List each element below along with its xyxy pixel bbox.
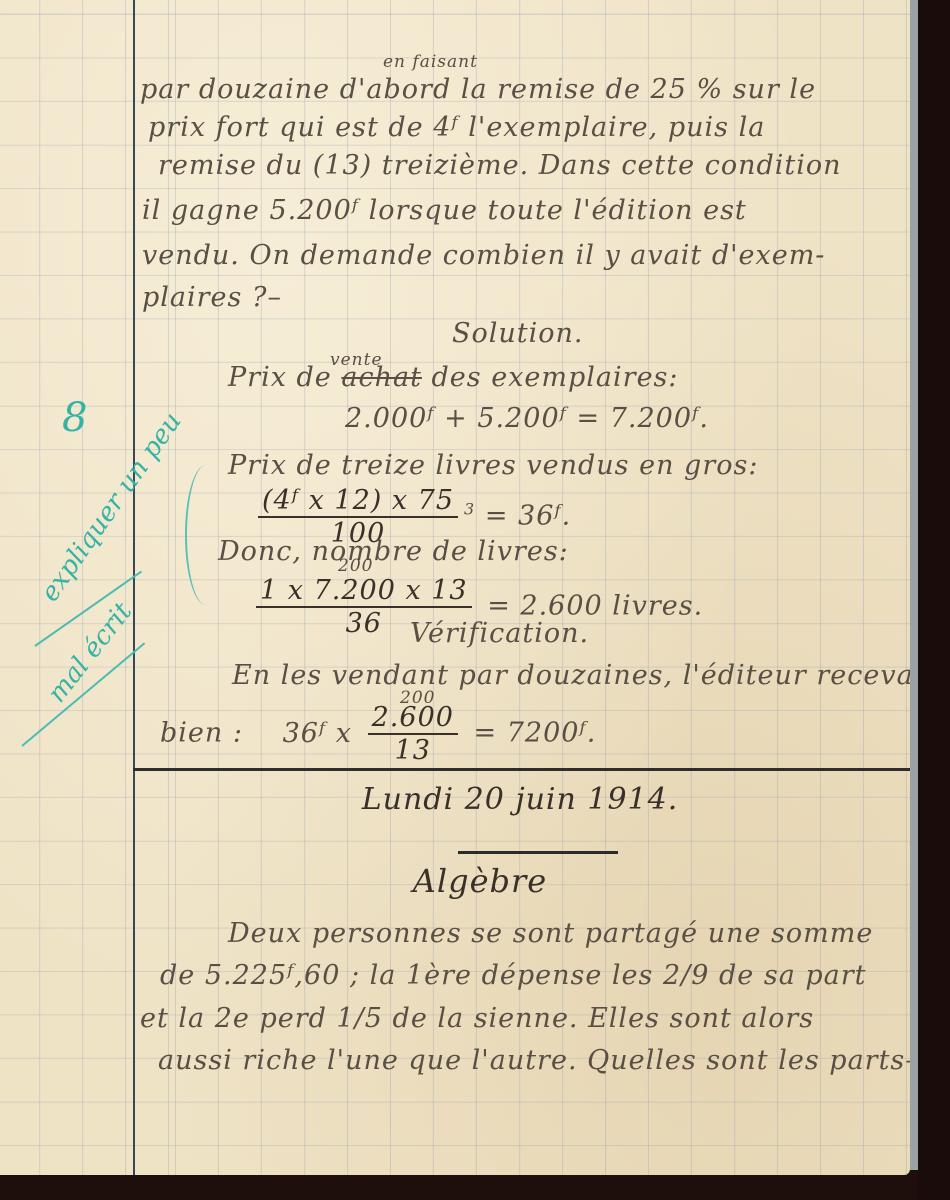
problem-line-6: plaires ?– [142,282,282,313]
step2-result: = 36ᶠ. [485,501,571,532]
step3-result: = 2.600 livres. [487,591,703,622]
verification-line-1: En les vendant par douzaines, l'éditeur … [232,660,935,691]
solution-step3-label: Donc, nombre de livres: [218,536,569,567]
notebook-page: en faisant par douzaine d'abord la remis… [0,0,910,1175]
entry-subject: Algèbre [380,862,580,900]
problem-line-5: vendu. On demande combien il y avait d'e… [142,240,825,271]
verification-line-2: bien : 36ᶠ x 2.60013 = 7200ᶠ. [160,702,596,766]
solution-step1-label: Prix de achat des exemplaires: [228,362,679,393]
date-underline [458,851,618,854]
step2-numerator: (4ᶠ x 12) x 75 [258,485,458,518]
page-edge [910,0,918,1170]
problem-line-2: prix fort qui est de 4ᶠ l'exemplaire, pu… [148,112,765,143]
background-edge [918,0,950,1200]
solution-heading: Solution. [452,318,584,349]
algebra-line-4: aussi riche l'une que l'autre. Quelles s… [158,1045,920,1076]
algebra-line-1: Deux personnes se sont partagé une somme [228,918,873,949]
verification-heading: Vérification. [410,618,589,649]
insert-en-faisant: en faisant [383,52,478,72]
margin-line [133,0,135,1175]
algebra-line-3: et la 2e perd 1/5 de la sienne. Elles so… [140,1003,814,1034]
algebra-line-2: de 5.225ᶠ,60 ; la 1ère dépense les 2/9 d… [160,960,867,991]
step3-numerator: 1 x 7.200 x 13 [256,575,472,608]
problem-line-3: remise du (13) treizième. Dans cette con… [158,150,842,181]
solution-step2-label: Prix de treize livres vendus en gros: [228,450,758,481]
problem-line-4: il gagne 5.200ᶠ lorsque toute l'édition … [142,195,747,226]
step3-superscript: 200 [338,556,373,576]
teacher-bracket [185,465,227,605]
struck-word: achat [341,362,422,393]
section-divider [133,768,910,771]
problem-line-1: par douzaine d'abord la remise de 25 % s… [140,74,816,105]
entry-date: Lundi 20 juin 1914. [330,782,710,817]
grade-mark: 8 [62,395,88,441]
solution-step1-equation: 2.000ᶠ + 5.200ᶠ = 7.200ᶠ. [345,403,709,434]
